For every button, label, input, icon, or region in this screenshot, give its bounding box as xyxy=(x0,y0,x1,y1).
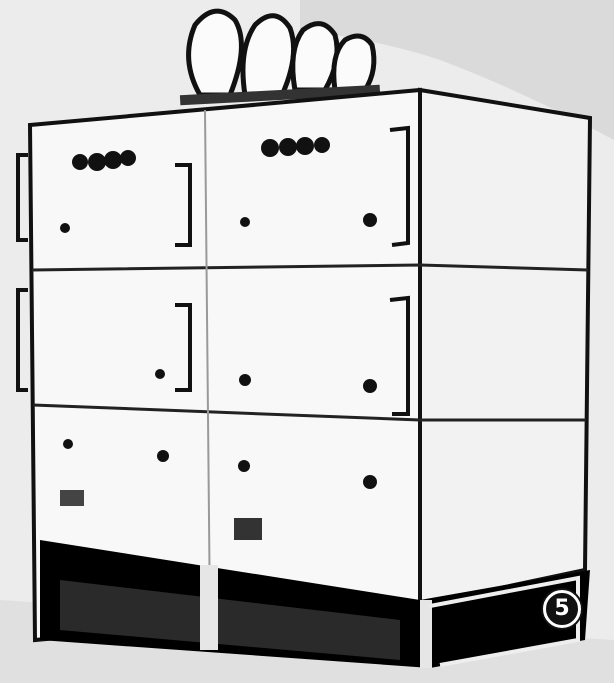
cabinet-side xyxy=(420,90,590,605)
figure-number-label: 5 xyxy=(543,590,581,628)
equipment-photo xyxy=(0,0,614,683)
